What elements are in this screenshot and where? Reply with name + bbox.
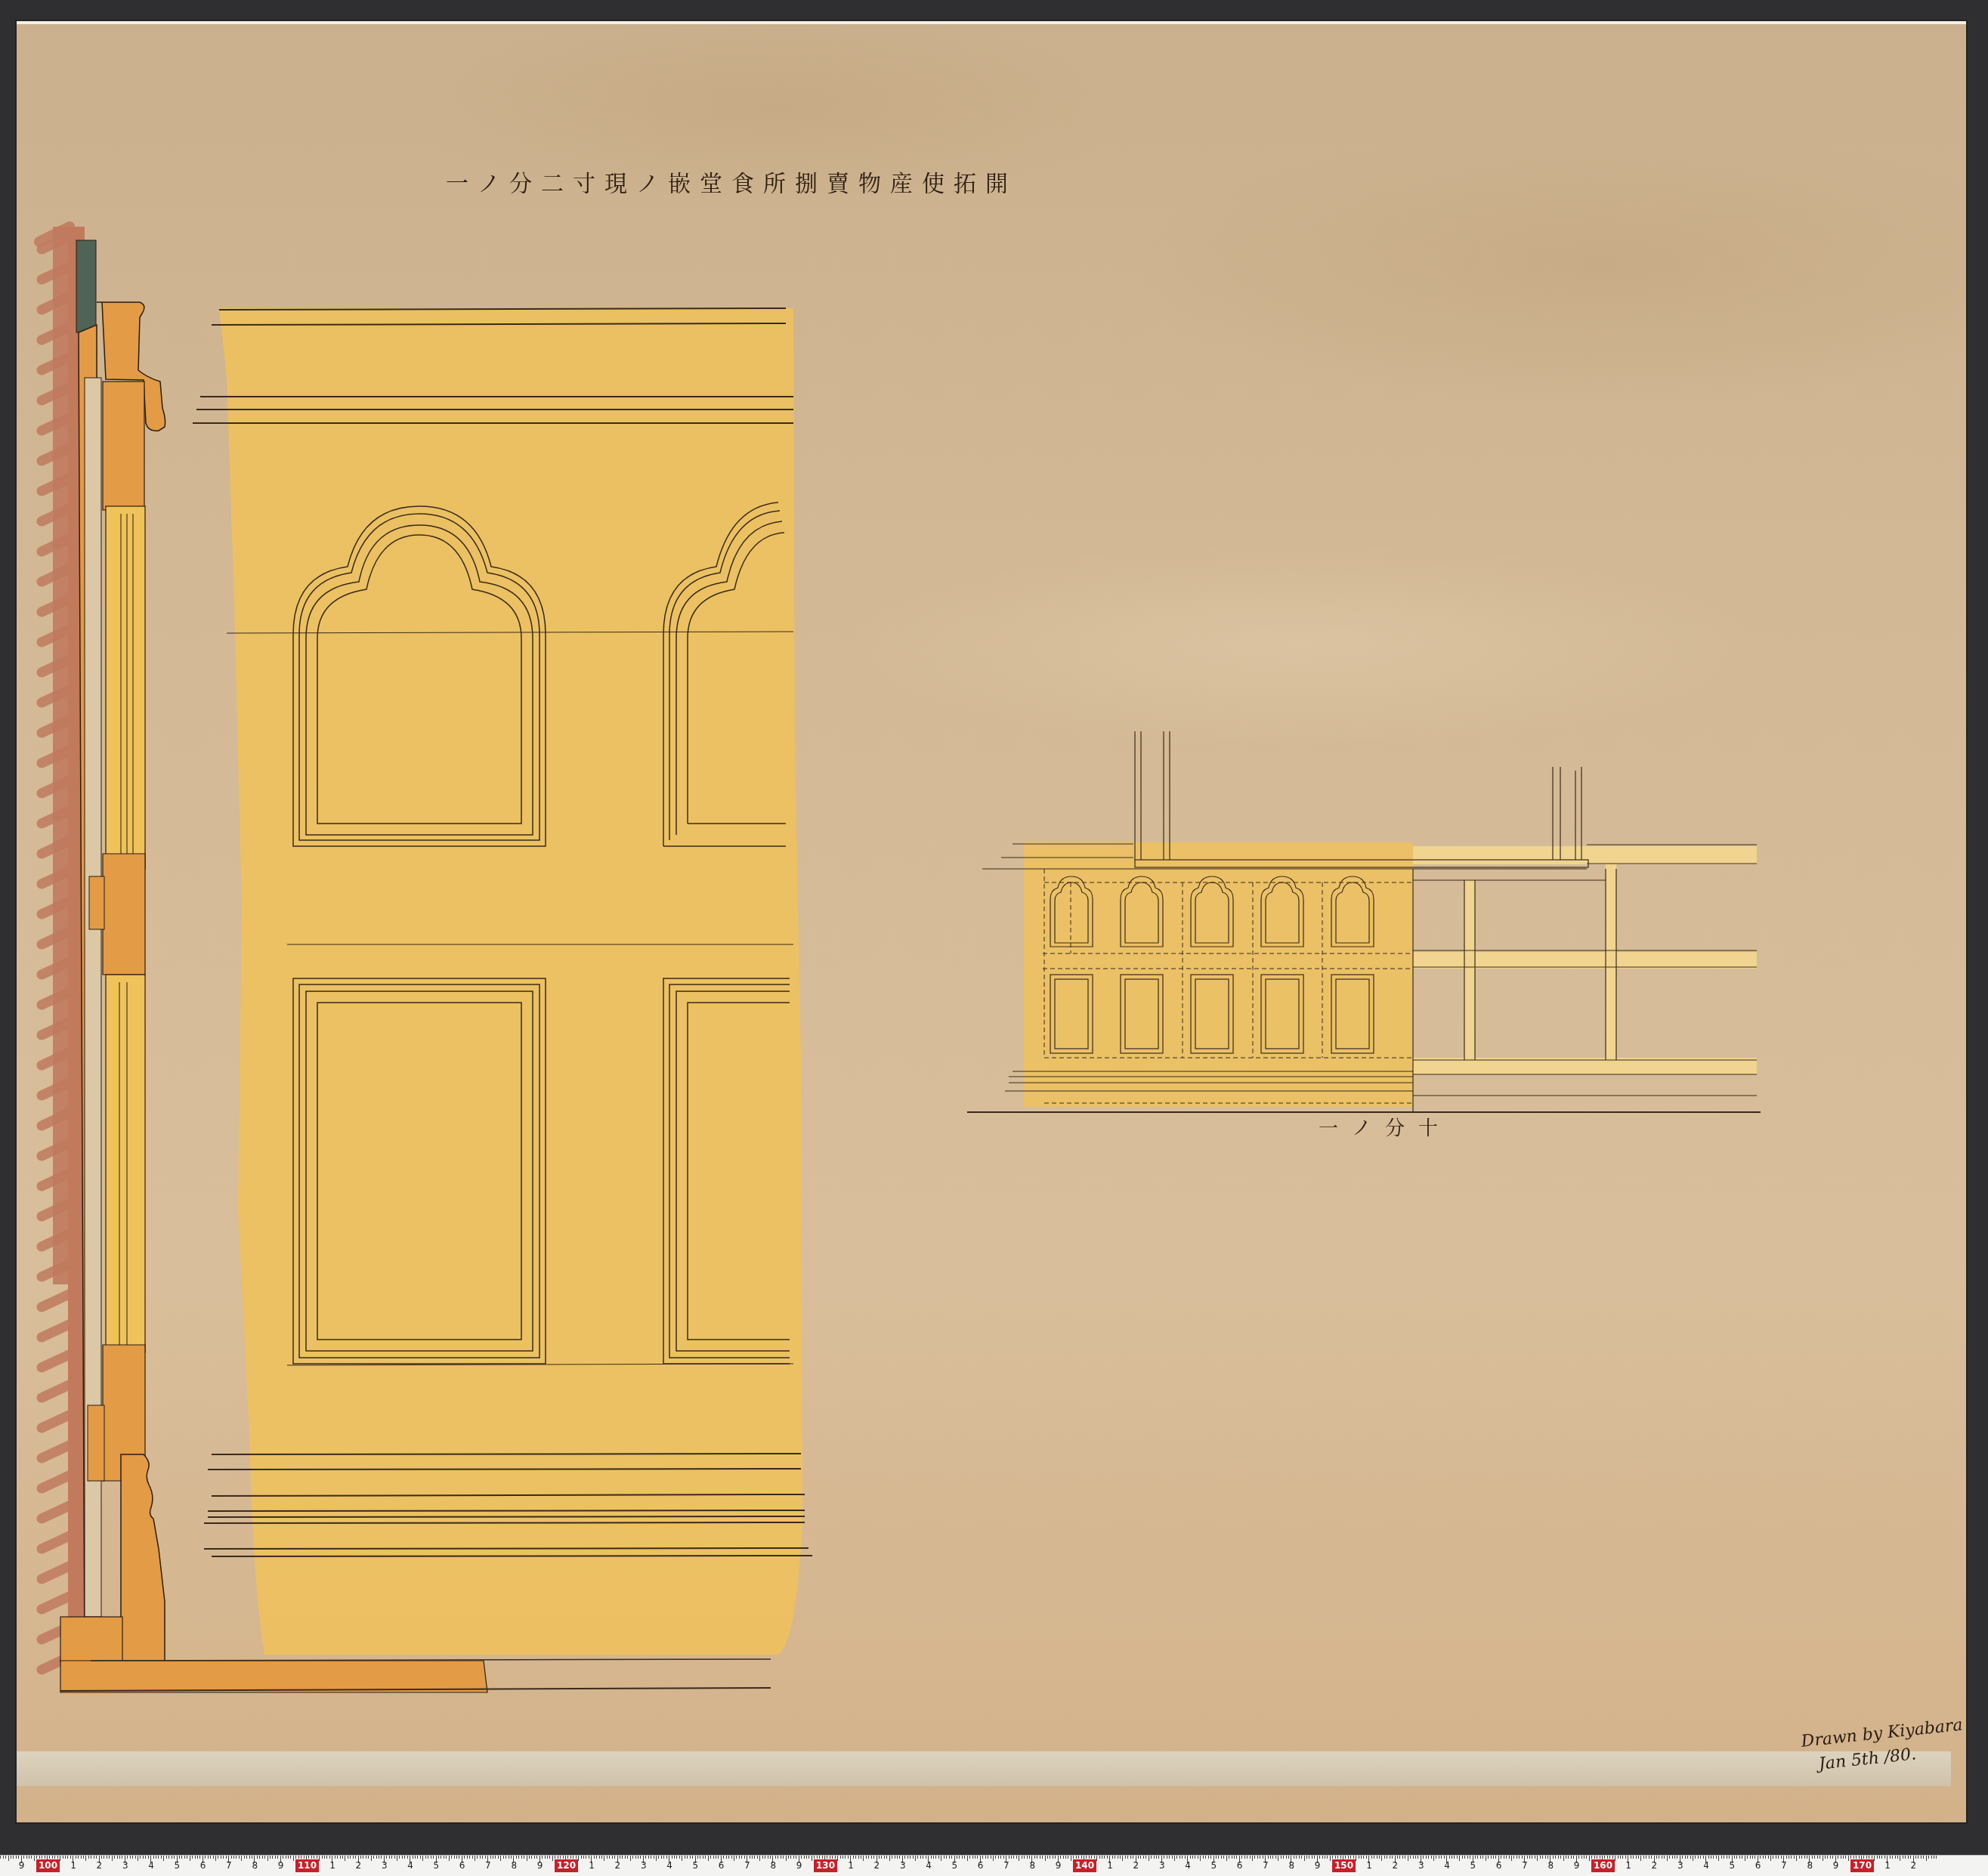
ruler-tick [1330,1856,1331,1861]
ruler-tick [317,1856,317,1859]
ruler-tick [1024,1856,1025,1859]
ruler-tick [560,1856,561,1859]
ruler-tick [1060,1856,1061,1859]
ruler-label: 3 [1418,1860,1424,1871]
ruler-tick [500,1856,501,1861]
ruler-tick [1408,1856,1408,1861]
ruler-tick [1363,1856,1364,1859]
ruler-tick [324,1856,325,1859]
ruler-tick [1210,1856,1211,1859]
ruler-tick [1195,1856,1195,1859]
ruler-tick [661,1856,662,1859]
ruler-tick [399,1856,400,1859]
ruler-tick [288,1856,289,1859]
ruler-tick [1662,1856,1662,1859]
ruler-tick [322,1856,323,1859]
ruler-tick [679,1856,680,1859]
ruler-tick [1560,1856,1561,1859]
ruler-tick [301,1856,301,1859]
ruler-tick [8,1856,9,1861]
ruler-tick [1773,1856,1773,1859]
ruler-tick [425,1856,426,1859]
ruler-tick [783,1856,784,1859]
ruler-tick [482,1856,483,1859]
ruler-tick [52,1856,53,1859]
ruler-tick [172,1856,172,1859]
ruler-tick [1200,1856,1201,1861]
ruler-tick [1799,1856,1800,1859]
ruler-tick [39,1856,40,1859]
ruler-tick [1874,1856,1875,1861]
ruler-tick [812,1856,812,1861]
ruler-tick [645,1856,646,1859]
ruler-tick [1848,1856,1849,1861]
ruler-tick [1294,1856,1294,1859]
ruler-tick [1096,1856,1097,1861]
ruler-tick [1205,1856,1206,1859]
ruler-tick [904,1856,905,1859]
ruler-tick [863,1856,864,1861]
ruler-tick [1721,1856,1722,1859]
ruler-tick [1801,1856,1802,1859]
ruler-tick [705,1856,706,1859]
ruler-tick [1807,1856,1807,1859]
ruler-tick [404,1856,405,1859]
ruler-tick [676,1856,677,1859]
ruler-tick [490,1856,491,1859]
ruler-tick [104,1856,104,1859]
ruler-tick [1055,1856,1056,1859]
ruler-tick [130,1856,131,1859]
ruler-tick [599,1856,600,1859]
ruler-tick [1299,1856,1300,1859]
ruler-tick [1016,1856,1017,1859]
ruler-tick [1047,1856,1048,1859]
ruler-label: 2 [97,1860,103,1871]
ruler-tick [1013,1856,1014,1859]
ruler-tick [1452,1856,1452,1859]
ruler-tick [1594,1856,1595,1859]
ruler-tick [1745,1856,1745,1861]
ruler-tick [1804,1856,1805,1859]
ruler-tick [1270,1856,1271,1859]
ruler-tick [262,1856,263,1859]
ruler-label: 7 [485,1860,491,1871]
ruler-tick [1392,1856,1393,1859]
ruler-tick [545,1856,546,1859]
ruler-tick [169,1856,169,1859]
ruler-tick [1890,1856,1891,1859]
ruler-tick [1167,1856,1167,1859]
ruler-label: 1 [1366,1860,1372,1871]
ruler-tick [718,1856,719,1859]
ruler-label: 5 [1470,1860,1476,1871]
ruler-tick [658,1856,659,1859]
ruler-tick [1133,1856,1133,1859]
ruler-tick [759,1856,760,1861]
ruler-tick [1192,1856,1193,1859]
ruler-tick [1405,1856,1405,1859]
ruler-tick [1042,1856,1043,1859]
ruler-tick [1667,1856,1668,1861]
ruler-tick [1838,1856,1838,1859]
ruler-label: 6 [978,1860,984,1871]
ruler-tick [376,1856,377,1859]
ruler-tick [1470,1856,1470,1859]
ruler-tick [1190,1856,1191,1859]
ruler-tick [1770,1856,1771,1861]
ruler-tick [868,1856,869,1859]
ruler-tick [998,1856,999,1859]
ruler-tick [431,1856,431,1859]
ruler-tick [340,1856,341,1859]
ruler-tick [1814,1856,1815,1859]
ruler-tick [1908,1856,1909,1859]
ruler-tick [1509,1856,1510,1859]
ruler-tick [1693,1856,1693,1861]
ruler-tick [1107,1856,1108,1859]
ruler-tick [143,1856,144,1859]
ruler-tick [270,1856,271,1859]
ruler-tick [1674,1856,1675,1859]
ruler-tick [233,1856,234,1859]
ruler-tick [480,1856,481,1859]
ruler-tick [1713,1856,1714,1859]
ruler-tick [350,1856,351,1859]
measuring-ruler: 8910012345678911012345678912012345678913… [0,1855,1988,1876]
ruler-tick [1597,1856,1597,1859]
ruler-tick [762,1856,763,1859]
ruler-tick [1439,1856,1439,1859]
ruler-tick [1895,1856,1896,1859]
ruler-tick [127,1856,128,1859]
ruler-tick [70,1856,71,1859]
ruler-label: 8 [1807,1860,1813,1871]
ruler-label: 7 [226,1860,232,1871]
ruler-tick [1027,1856,1028,1859]
ruler-tick [1127,1856,1128,1859]
ruler-tick [42,1856,42,1859]
ruler-tick [1120,1856,1121,1859]
ruler-tick [1252,1856,1253,1861]
ruler-tick [819,1856,820,1859]
ruler-tick [459,1856,459,1859]
ruler-label: 4 [1185,1860,1191,1871]
ruler-tick [723,1856,724,1859]
ruler-tick [417,1856,418,1859]
ruler-tick [656,1856,657,1861]
ruler-tick [1462,1856,1463,1859]
ruler-tick [1482,1856,1483,1859]
ruler-tick [1923,1856,1924,1859]
ruler-tick [1065,1856,1066,1859]
ruler-tick [60,1856,60,1861]
ruler-label: 8 [252,1860,258,1871]
ruler-tick [801,1856,802,1859]
ruler-tick [716,1856,716,1859]
ruler-tick [666,1856,667,1859]
ruler-tick [1459,1856,1460,1861]
ruler-tick [879,1856,880,1859]
ruler-tick [1850,1856,1851,1859]
ruler-tick [83,1856,84,1859]
ruler-tick [1656,1856,1657,1859]
ruler-tick [195,1856,196,1859]
ruler-tick [511,1856,512,1859]
ruler-tick [1781,1856,1782,1859]
ruler-tick [166,1856,167,1859]
ruler-tick [889,1856,890,1861]
ruler-tick [1879,1856,1880,1859]
ruler-tick [509,1856,509,1859]
ruler-tick [1563,1856,1564,1861]
ruler-tick [1734,1856,1735,1859]
ruler-tick [451,1856,452,1859]
ruler-tick [1379,1856,1380,1859]
ruler-tick [1257,1856,1258,1859]
ruler-tick [397,1856,397,1861]
ruler-tick [853,1856,854,1859]
ruler-tick [78,1856,79,1859]
ruler-tick [926,1856,926,1859]
ruler-tick [205,1856,206,1859]
ruler-tick [1700,1856,1701,1859]
ruler-tick [335,1856,335,1859]
ruler-label: 130 [814,1859,837,1872]
ruler-label: 5 [434,1860,440,1871]
ruler-tick [1314,1856,1315,1859]
ruler-tick [640,1856,641,1859]
ruler-label: 1 [589,1860,595,1871]
ruler-tick [843,1856,843,1859]
ruler-tick [1765,1856,1766,1859]
ruler-tick [1296,1856,1297,1859]
ruler-tick [342,1856,343,1859]
ruler-tick [1511,1856,1512,1861]
ruler-tick [1931,1856,1932,1859]
ruler-tick [3,1856,4,1859]
ruler-tick [223,1856,224,1859]
ruler-tick [1301,1856,1302,1859]
ruler-tick [1640,1856,1641,1861]
ruler-tick [54,1856,55,1859]
ruler-tick [604,1856,604,1861]
ruler-tick [995,1856,996,1859]
ruler-label: 1 [1884,1860,1891,1871]
ruler-tick [1073,1856,1074,1859]
ruler-label: 2 [1133,1860,1139,1871]
ruler-tick [1436,1856,1436,1859]
ruler-tick [1325,1856,1325,1859]
ruler-tick [304,1856,305,1859]
ruler-tick [861,1856,861,1859]
panel-elevation-half-size [193,308,812,1655]
ruler-tick [796,1856,796,1859]
ruler-label: 7 [744,1860,750,1871]
ruler-tick [752,1856,753,1859]
ruler-tick [244,1856,245,1859]
ruler-tick [962,1856,963,1859]
ruler-label: 9 [1315,1860,1321,1871]
ruler-tick [1589,1856,1590,1861]
ruler-tick [793,1856,794,1859]
ruler-tick [1418,1856,1418,1859]
ruler-tick [1374,1856,1374,1859]
ruler-tick [187,1856,187,1859]
ruler-tick [935,1856,936,1859]
ruler-tick [1529,1856,1530,1859]
ruler-tick [855,1856,856,1859]
ruler-tick [594,1856,595,1859]
ruler-tick [768,1856,768,1859]
ruler-tick [1275,1856,1276,1859]
ruler-tick [609,1856,610,1859]
ruler-tick [34,1856,35,1861]
ruler-tick [817,1856,818,1859]
ruler-tick [1921,1856,1922,1859]
ruler-label: 7 [1781,1860,1787,1871]
ruler-tick [697,1856,698,1859]
ruler-tick [506,1856,506,1859]
ruler-tick [88,1856,89,1859]
ruler-tick [264,1856,265,1859]
ruler-tick [140,1856,141,1859]
ruler-tick [444,1856,444,1859]
ruler-tick [1226,1856,1227,1861]
ruler-tick [674,1856,675,1859]
ruler-tick [1636,1856,1637,1859]
ruler-tick [866,1856,867,1859]
ruler-tick [174,1856,175,1859]
ruler-tick [1304,1856,1305,1861]
ruler-label: 1 [1625,1860,1631,1871]
ruler-tick [915,1856,916,1861]
ruler-tick [778,1856,778,1859]
ruler-label: 9 [1574,1860,1580,1871]
ruler-tick [1169,1856,1170,1859]
ruler-tick [1486,1856,1486,1861]
ruler-tick [1900,1856,1900,1861]
ruler-tick [1690,1856,1691,1859]
ruler-tick [308,1856,309,1859]
ruler-tick [731,1856,732,1859]
ruler-tick [1817,1856,1818,1859]
ruler-tick [231,1856,232,1859]
ruler-tick [1495,1856,1496,1859]
ruler-tick [700,1856,700,1859]
ruler-tick [808,1856,809,1859]
ruler-label: 6 [719,1860,725,1871]
ruler-tick [583,1856,584,1859]
ruler-tick [957,1856,957,1859]
ruler-tick [1094,1856,1095,1859]
ruler-tick [1118,1856,1118,1859]
ruler-tick [391,1856,392,1859]
ruler-tick [654,1856,654,1859]
ruler-tick [1830,1856,1831,1859]
ruler-tick [993,1856,994,1861]
ruler-label: 8 [1288,1860,1294,1871]
ruler-tick [521,1856,522,1859]
ruler-tick [589,1856,589,1859]
ruler-label: 6 [200,1860,206,1871]
ruler-tick [1288,1856,1289,1859]
ruler-label: 7 [1003,1860,1009,1871]
ruler-tick [632,1856,633,1859]
ruler-tick [1716,1856,1717,1859]
ruler-tick [1241,1856,1242,1859]
ruler-tick [1431,1856,1432,1859]
ruler-tick [386,1856,387,1859]
ruler-tick [1687,1856,1688,1859]
ruler-tick [1695,1856,1696,1859]
ruler-label: 8 [1029,1860,1035,1871]
ruler-tick [1664,1856,1665,1859]
ruler-tick [726,1856,727,1859]
ruler-tick [1019,1856,1019,1861]
ruler-tick [692,1856,693,1859]
ruler-tick [524,1856,524,1859]
ruler-tick [63,1856,63,1859]
ruler-tick [1869,1856,1869,1859]
ruler-tick [581,1856,582,1859]
ruler-tick [1488,1856,1489,1859]
ruler-tick [884,1856,885,1859]
ruler-tick [1229,1856,1229,1859]
ruler-tick [1504,1856,1504,1859]
ruler-tick [1350,1856,1351,1859]
ruler-tick [326,1856,327,1859]
ruler-tick [630,1856,631,1861]
ruler-label: 1 [329,1860,335,1871]
ruler-tick [750,1856,750,1859]
ruler-label: 4 [666,1860,672,1871]
ruler-label: 100 [36,1859,60,1872]
ruler-tick [1410,1856,1411,1859]
ruler-tick [394,1856,395,1859]
ruler-tick [454,1856,455,1859]
ruler-tick [156,1856,156,1859]
ruler-tick [1571,1856,1572,1859]
ruler-tick [1823,1856,1823,1861]
ruler-tick [1685,1856,1686,1859]
ruler-tick [1542,1856,1543,1859]
ruler-tick [1433,1856,1434,1861]
ruler-tick [1140,1856,1141,1859]
ruler-tick [596,1856,597,1859]
ruler-tick [1903,1856,1903,1859]
ruler-tick [708,1856,709,1861]
ruler-tick [1444,1856,1445,1859]
ruler-tick [363,1856,363,1859]
ruler-tick [1009,1856,1009,1859]
ruler-label: 170 [1850,1859,1874,1872]
ruler-tick [420,1856,421,1859]
ruler-tick [1366,1856,1367,1859]
ruler-tick [366,1856,366,1859]
ruler-tick [967,1856,968,1861]
ruler-tick [1633,1856,1634,1859]
ruler-tick [790,1856,791,1859]
ruler-tick [1125,1856,1126,1859]
architectural-drawings [0,0,1988,1876]
ruler-tick [1555,1856,1556,1859]
ruler-label: 4 [148,1860,154,1871]
ruler-tick [163,1856,164,1861]
ruler-tick [1545,1856,1546,1859]
ruler-tick [1532,1856,1532,1859]
ruler-tick [941,1856,941,1861]
